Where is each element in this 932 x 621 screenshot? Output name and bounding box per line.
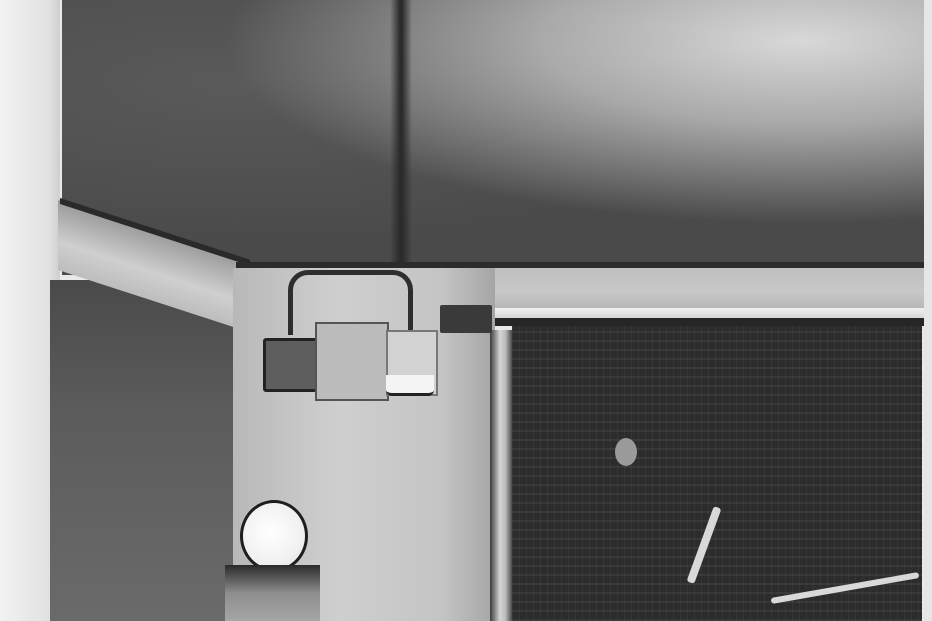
mounting-bracket <box>440 305 492 333</box>
box-highlight <box>386 375 434 396</box>
ceiling <box>62 0 932 275</box>
round-wall-light <box>240 500 308 572</box>
beam-shadow <box>490 318 926 326</box>
beam-highlight <box>495 308 925 318</box>
left-wall <box>50 280 235 621</box>
panel-reflection <box>615 438 637 466</box>
switch-box <box>263 338 319 392</box>
dark-window-panel <box>512 326 922 621</box>
junction-box <box>315 322 389 401</box>
ceiling-seam <box>390 0 412 265</box>
pillar-edge <box>490 330 512 621</box>
photo-scene: Grayscale photograph of an interior room… <box>0 0 932 621</box>
wall-light-base <box>225 565 320 621</box>
right-margin <box>924 0 932 621</box>
